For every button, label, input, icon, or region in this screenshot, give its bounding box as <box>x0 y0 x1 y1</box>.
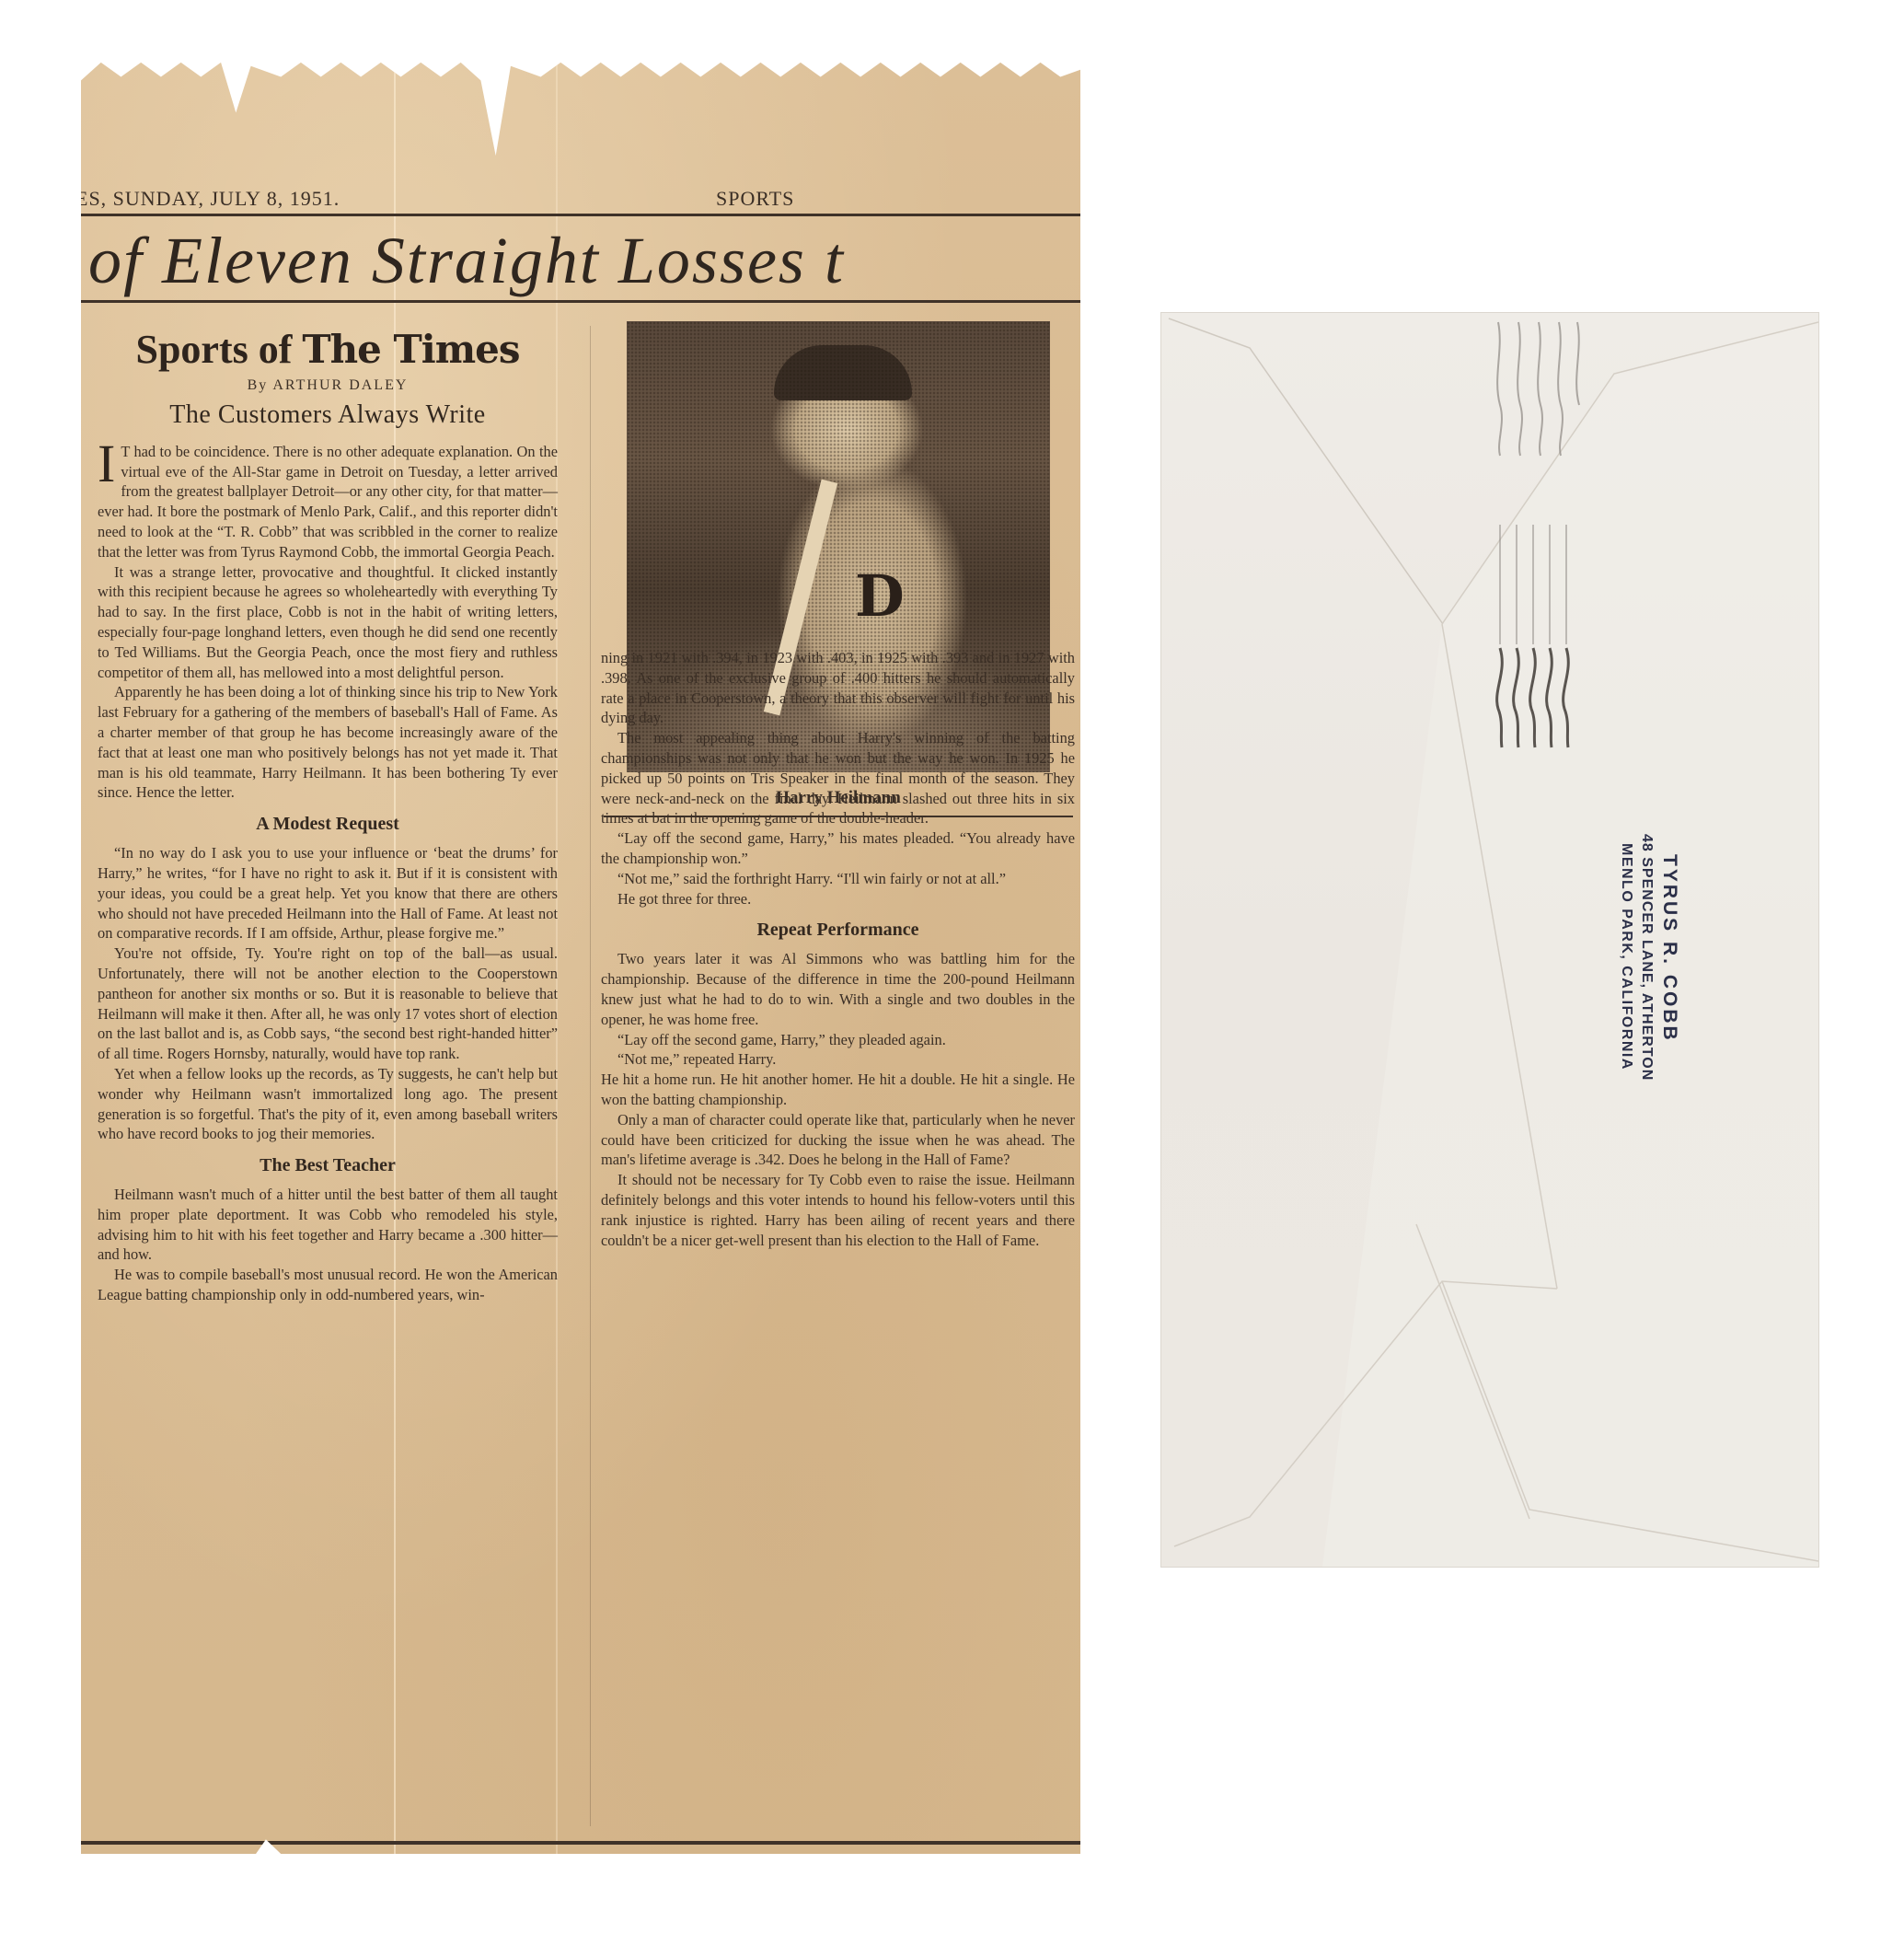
headline-rule <box>81 300 1080 303</box>
section-subhead: The Best Teacher <box>98 1152 558 1179</box>
column-title-blackletter: The Times <box>302 327 519 372</box>
return-address-lines: TYRUS R. COBB 48 SPENCER LANE, ATHERTON … <box>1616 834 1682 1081</box>
article-paragraph: He hit a home run. He hit another homer.… <box>601 1070 1075 1110</box>
article-paragraph: It should not be necessary for Ty Cobb e… <box>601 1170 1075 1250</box>
article-paragraph: Only a man of character could operate li… <box>601 1110 1075 1170</box>
article-paragraph: “Not me,” repeated Harry. <box>601 1049 1075 1070</box>
article-paragraph: You're not offside, Ty. You're right on … <box>98 943 558 1064</box>
article-paragraph: “Lay off the second game, Harry,” his ma… <box>601 828 1075 869</box>
banner-headline-text: of Eleven Straight Losses t <box>88 223 845 299</box>
return-address-city: MENLO PARK, CALIFORNIA <box>1616 843 1636 1081</box>
masthead: ES, SUNDAY, JULY 8, 1951. SPORTS <box>81 181 1080 218</box>
newspaper-clipping: ES, SUNDAY, JULY 8, 1951. SPORTS of Elev… <box>81 59 1080 1854</box>
article-paragraph: “In no way do I ask you to use your infl… <box>98 843 558 943</box>
article-paragraph: He got three for three. <box>601 889 1075 909</box>
envelope-back <box>1161 313 1818 1567</box>
article-paragraph: Apparently he has been doing a lot of th… <box>98 682 558 803</box>
right-column-body: ning in 1921 with .394, in 1923 with .40… <box>601 648 1075 1250</box>
article-paragraph: The most appealing thing about Harry's w… <box>601 728 1075 828</box>
section-subhead: Repeat Performance <box>601 916 1075 943</box>
detroit-d-logo-icon: D <box>855 562 905 630</box>
masthead-rule <box>81 214 1080 216</box>
postmark-wavy-lines-icon <box>1489 515 1590 755</box>
article-paragraph: “Lay off the second game, Harry,” they p… <box>601 1030 1075 1050</box>
article-paragraph: Heilmann wasn't much of a hitter until t… <box>98 1185 558 1265</box>
return-address-street: 48 SPENCER LANE, ATHERTON <box>1636 834 1656 1081</box>
return-address-name: TYRUS R. COBB <box>1656 854 1682 1081</box>
column-title-plain: Sports of <box>135 327 302 372</box>
article-paragraph: Two years later it was Al Simmons who wa… <box>601 949 1075 1029</box>
article-paragraph: He was to compile baseball's most unusua… <box>98 1265 558 1305</box>
left-column-body: IT had to be coincidence. There is no ot… <box>98 442 558 1305</box>
postmark-wavy-lines-icon <box>1489 313 1590 479</box>
article-paragraph: It was a strange letter, provocative and… <box>98 562 558 683</box>
masthead-section: SPORTS <box>716 187 794 211</box>
banner-headline: of Eleven Straight Losses t <box>81 221 1080 300</box>
drop-cap: I <box>98 444 115 484</box>
byline: By ARTHUR DALEY <box>98 376 558 396</box>
right-column: ning in 1921 with .394, in 1923 with .40… <box>601 648 1075 1250</box>
baseball-cap <box>774 345 912 400</box>
return-address: TYRUS R. COBB 48 SPENCER LANE, ATHERTON … <box>1581 834 1691 1110</box>
article-paragraph: IT had to be coincidence. There is no ot… <box>98 442 558 562</box>
article-paragraph: Yet when a fellow looks up the records, … <box>98 1064 558 1144</box>
article-title: The Customers Always Write <box>98 398 558 433</box>
article-paragraph: “Not me,” said the forthright Harry. “I'… <box>601 869 1075 889</box>
masthead-date: ES, SUNDAY, JULY 8, 1951. <box>75 187 340 211</box>
left-column: Sports of The Times By ARTHUR DALEY The … <box>98 326 558 1305</box>
column-title: Sports of The Times <box>98 326 558 374</box>
column-divider <box>590 326 591 1826</box>
envelope-flap-lines <box>1161 313 1818 1567</box>
article-paragraph: ning in 1921 with .394, in 1923 with .40… <box>601 648 1075 728</box>
section-subhead: A Modest Request <box>98 810 558 838</box>
bottom-rule <box>81 1841 1080 1845</box>
